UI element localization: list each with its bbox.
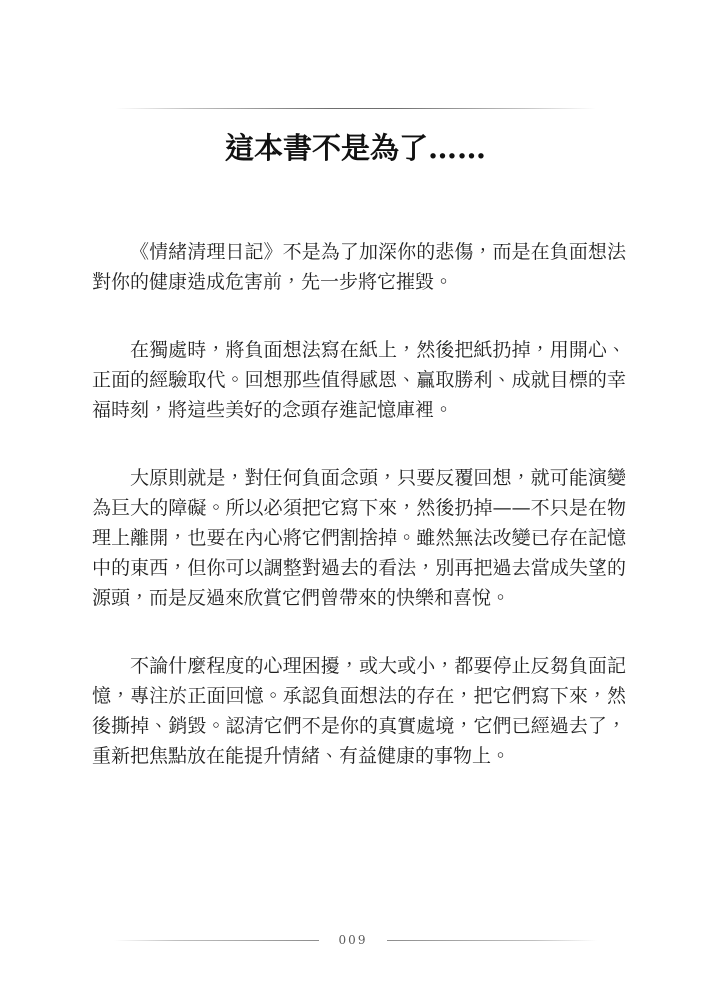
page-footer: 009 [0,933,711,948]
paragraph-2: 在獨處時，將負面想法寫在紙上，然後把紙扔掉，用開心、正面的經驗取代。回想那些值得… [92,335,626,425]
book-page: 這本書不是為了…… 《情緒清理日記》不是為了加深你的悲傷，而是在負面想法對你的健… [0,0,711,1000]
chapter-title: 這本書不是為了…… [0,129,711,167]
paragraph-3: 大原則就是，對任何負面念頭，只要反覆回想，就可能演變為巨大的障礙。所以必須把它寫… [92,463,626,613]
top-divider-rule [115,108,596,109]
paragraph-1: 《情緒清理日記》不是為了加深你的悲傷，而是在負面想法對你的健康造成危害前，先一步… [92,237,626,297]
footer-divider-right [387,940,597,941]
body-text-block: 《情緒清理日記》不是為了加深你的悲傷，而是在負面想法對你的健康造成危害前，先一步… [92,237,626,771]
footer-divider-left [114,940,319,941]
paragraph-4: 不論什麼程度的心理困擾，或大或小，都要停止反芻負面記憶，專注於正面回憶。承認負面… [92,651,626,771]
page-number: 009 [339,933,368,948]
